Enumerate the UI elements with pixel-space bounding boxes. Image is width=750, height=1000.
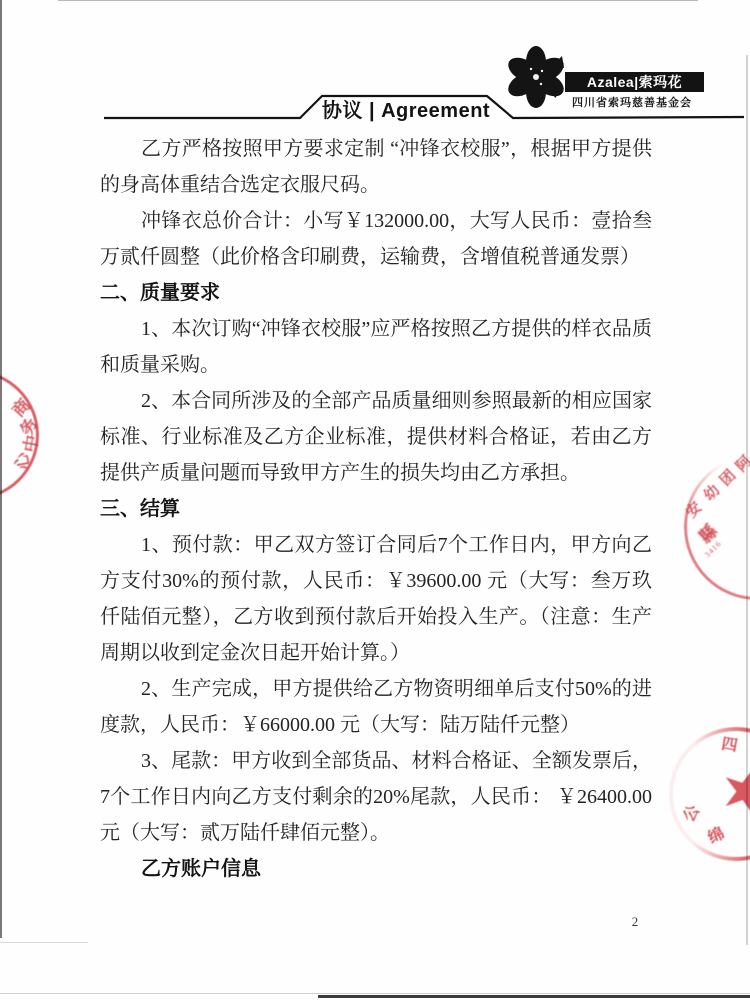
page-number: 2 xyxy=(620,914,650,930)
logo-org-text: 四川省索玛慈善基金会 xyxy=(557,94,707,110)
stamp-char: 安 xyxy=(679,495,707,523)
official-seal-right-bottom: 四 公 绵 xyxy=(666,724,750,864)
stamp-char: 绵 xyxy=(702,820,729,847)
stamp-char: 务 xyxy=(12,412,39,439)
para-total-price: 冲锋衣总价合计：小写￥132000.00，大写人民币：壹拾叁万贰仟圆整（此价格含… xyxy=(100,203,652,275)
org-logo: Azalea|索玛花 四川省索玛慈善基金会 xyxy=(504,44,704,110)
scan-edge-left xyxy=(0,0,2,938)
stamp-char: 商 xyxy=(4,391,32,419)
stamp-serial: 3416 xyxy=(701,537,734,570)
logo-brand-badge: Azalea|索玛花 xyxy=(565,72,704,92)
heading-account-info: 乙方账户信息 xyxy=(100,851,652,887)
heading-quality: 二、质量要求 xyxy=(100,275,652,311)
scan-edge-artifact xyxy=(0,942,88,943)
scan-edge-right xyxy=(746,55,748,945)
document-body: 乙方严格按照甲方要求定制 “冲锋衣校服”，根据甲方提供的身高体重结合选定衣服尺码… xyxy=(100,131,652,887)
para-intro-1: 乙方严格按照甲方要求定制 “冲锋衣校服”，根据甲方提供的身高体重结合选定衣服尺码… xyxy=(100,131,652,203)
stamp-ring xyxy=(0,370,39,500)
para-settlement-2: 2、生产完成，甲方提供给乙方物资明细单后支付50%的进度款，人民币：￥66000… xyxy=(100,671,652,743)
stamp-char: 心 xyxy=(6,450,29,473)
stamp-char: 中 xyxy=(15,431,38,454)
heading-settlement: 三、结算 xyxy=(100,491,652,527)
para-quality-2: 2、本合同所涉及的全部产品质量细则参照最新的相应国家标准、行业标准及乙方企业标准… xyxy=(100,383,652,491)
scanned-agreement-page: 协议 | Agreement xyxy=(0,0,750,1000)
para-settlement-1: 1、预付款：甲乙双方签订合同后7个工作日内，甲方向乙方支付30%的预付款，人民币… xyxy=(100,527,652,671)
stamp-ring xyxy=(684,454,750,600)
logo-brand-text: Azalea|索玛花 xyxy=(587,72,682,92)
scan-edge-bottom-dark xyxy=(318,995,750,998)
stamp-char: 公 xyxy=(675,798,703,826)
round-stamp-right-middle: 縣 安 幼 团 阿 3416 xyxy=(676,450,750,610)
stamp-char: 縣 xyxy=(691,517,719,545)
stamp-ring xyxy=(669,727,750,861)
para-quality-1: 1、本次订购“冲锋衣校服”应严格按照乙方提供的样衣品质和质量采购。 xyxy=(100,311,652,383)
stamp-char: 幼 xyxy=(697,478,725,506)
banner-title: 协议 | Agreement xyxy=(300,95,512,122)
stamp-char: 四 xyxy=(718,730,741,753)
round-stamp-left: 商 务 中 心 xyxy=(0,370,39,500)
stamp-char: 团 xyxy=(713,463,741,491)
para-settlement-3: 3、尾款：甲方收到全部货品、材料合格证、全额发票后，7个工作日内向乙方支付剩余的… xyxy=(100,743,652,851)
scan-edge-bottom-light xyxy=(0,993,750,994)
